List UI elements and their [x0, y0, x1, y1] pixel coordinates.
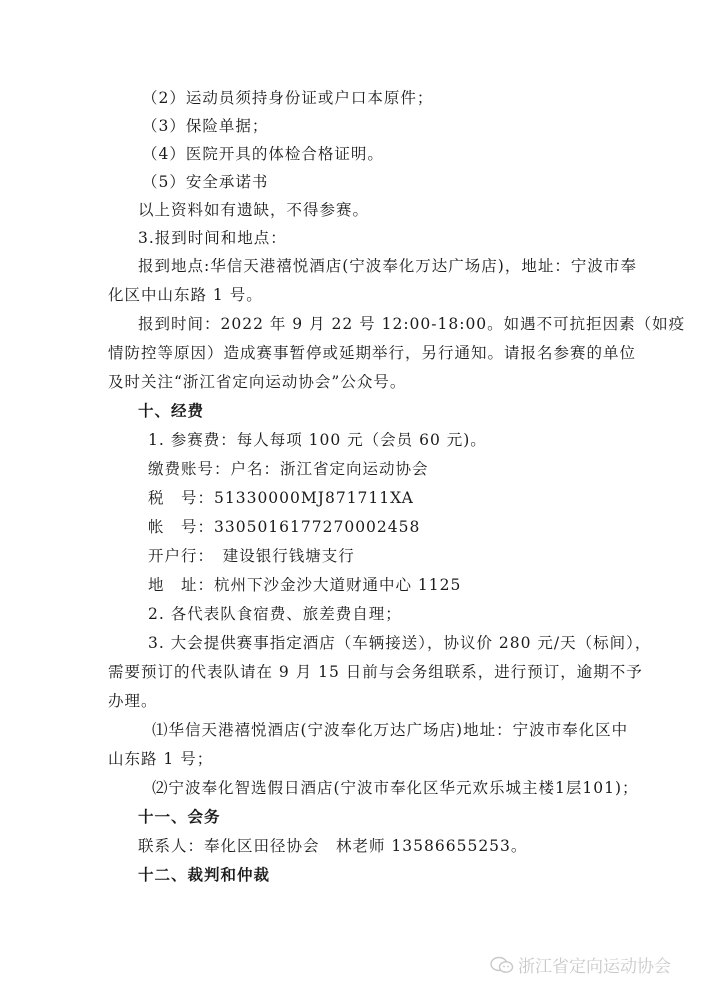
watermark-text: 浙江省定向运动协会 — [518, 952, 671, 977]
text-line: 以上资料如有遗缺，不得参赛。 — [138, 200, 369, 220]
text-line: 化区中山东路 1 号。 — [108, 285, 263, 305]
text-line: 报到地点:华信天港禧悦酒店(宁波奉化万达广场店)，地址：宁波市奉 — [138, 256, 637, 276]
wechat-icon — [490, 956, 514, 974]
text-line: 税 号：51330000MJ871711XA — [148, 488, 414, 508]
text-line: （2）运动员须持身份证或户口本原件； — [142, 88, 433, 108]
text-line: 1. 参赛费：每人每项 100 元（会员 60 元)。 — [148, 430, 487, 450]
section-heading: 十二、裁判和仲裁 — [138, 865, 270, 885]
section-heading: 十、经费 — [138, 401, 204, 421]
text-line: ⑴华信天港禧悦酒店(宁波奉化万达广场店)地址：宁波市奉化区中 — [152, 720, 628, 740]
text-line: 3. 大会提供赛事指定酒店（车辆接送），协议价 280 元/天（标间）， — [148, 633, 651, 653]
text-line: 报到时间：2022 年 9 月 22 号 12:00-18:00。如遇不可抗拒因… — [138, 314, 685, 334]
text-line: 2. 各代表队食宿费、旅差费自理； — [148, 604, 402, 624]
text-line: 及时关注“浙江省定向运动协会”公众号。 — [108, 372, 406, 392]
text-line: （3）保险单据； — [142, 116, 268, 136]
section-heading: 十一、会务 — [138, 807, 221, 827]
text-line: 联系人：奉化区田径协会 林老师 13586655253。 — [138, 836, 527, 856]
text-line: 3.报到时间和地点： — [138, 228, 287, 248]
watermark: 浙江省定向运动协会 — [490, 952, 671, 977]
text-line: 缴费账号：户名：浙江省定向运动协会 — [148, 459, 429, 479]
text-line: （5）安全承诺书 — [142, 172, 268, 192]
text-line: 情防控等原因）造成赛事暂停或延期举行，另行通知。请报名参赛的单位 — [108, 343, 636, 363]
text-line: 帐 号：33050161772700024​58 — [148, 517, 420, 537]
text-line: 开户行： 建设银行钱塘支行 — [148, 546, 355, 566]
text-line: 需要预订的代表队请在 9 月 15 日前与会务组联系，进行预订，逾期不予 — [108, 662, 643, 682]
text-line: （4）医院开具的体检合格证明。 — [142, 144, 384, 164]
text-line: 办理。 — [108, 691, 158, 711]
text-line: 山东路 1 号； — [108, 749, 213, 769]
text-line: ⑵宁波奉化智选假日酒店(宁波市奉化区华元欢乐城主楼1层101)； — [152, 778, 639, 798]
text-line: 地 址：杭州下沙金沙大道财通中心 1125 — [148, 575, 461, 595]
